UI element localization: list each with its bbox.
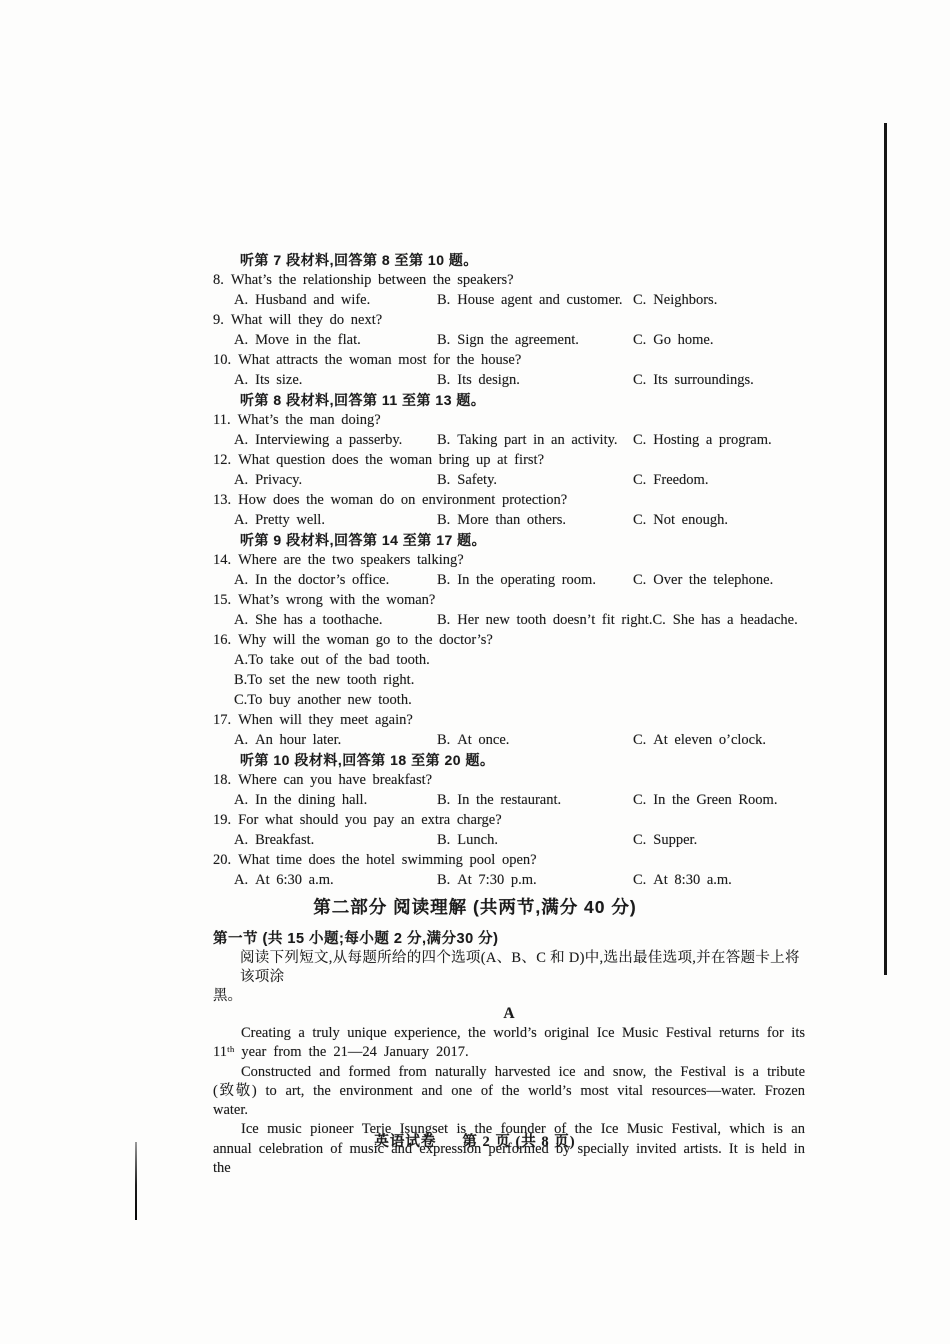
question-line: 20. What time does the hotel swimming po… <box>213 850 807 870</box>
question-text: Where are the two speakers talking? <box>238 550 464 570</box>
option-label: C. <box>652 610 665 630</box>
footer-doc-title: 英语试卷 <box>374 1134 436 1150</box>
question-block: 17. When will they meet again? A.An hour… <box>213 710 807 750</box>
question-line: 17. When will they meet again? <box>213 710 807 730</box>
option-B: B.To set the new tooth right. <box>213 670 807 690</box>
question-number: 9. <box>213 310 224 330</box>
section1-instructions-line1: 阅读下列短文,从每题所给的四个选项(A、B、C 和 D)中,选出最佳选项,并在答… <box>213 949 805 987</box>
option-A: A.Interviewing a passerby. <box>234 430 437 450</box>
options-row: A.At 6:30 a.m.B.At 7:30 p.m.C.At 8:30 a.… <box>213 870 807 890</box>
option-A: A.An hour later. <box>234 730 437 750</box>
option-label: A. <box>234 290 248 310</box>
option-A: A.Breakfast. <box>234 830 437 850</box>
option-label: A. <box>234 430 248 450</box>
option-text: In the restaurant. <box>457 790 561 810</box>
option-text: She has a headache. <box>673 610 798 630</box>
part2-header: 第二部分 阅读理解 (共两节,满分 40 分) <box>0 894 950 919</box>
option-C: C.Not enough. <box>633 510 807 530</box>
option-text: Move in the flat. <box>255 330 361 350</box>
question-number: 16. <box>213 630 231 650</box>
option-A: A.In the doctor’s office. <box>234 570 437 590</box>
option-label: A. <box>234 790 248 810</box>
option-text: At eleven o’clock. <box>653 730 766 750</box>
option-label: B. <box>234 670 247 690</box>
option-B: B.At 7:30 p.m. <box>437 870 633 890</box>
option-B: B.In the restaurant. <box>437 790 633 810</box>
question-line: 16. Why will the woman go to the doctor’… <box>213 630 807 650</box>
question-number: 8. <box>213 270 224 290</box>
question-text: What’s the relationship between the spea… <box>231 270 514 290</box>
options-row: A.She has a toothache.B.Her new tooth do… <box>213 610 807 630</box>
question-text: Why will the woman go to the doctor’s? <box>238 630 493 650</box>
scan-edge-line-right <box>884 123 887 975</box>
option-text: Pretty well. <box>255 510 325 530</box>
option-C: C.At 8:30 a.m. <box>633 870 807 890</box>
question-line: 14. Where are the two speakers talking? <box>213 550 807 570</box>
option-label: C. <box>633 430 646 450</box>
option-C: C.She has a headache. <box>652 610 807 630</box>
material-instruction: 听第 9 段材料,回答第 14 至第 17 题。 <box>213 530 807 550</box>
option-text: At 6:30 a.m. <box>255 870 334 890</box>
option-text: House agent and customer. <box>457 290 622 310</box>
option-label: B. <box>437 790 450 810</box>
option-label: C. <box>633 510 646 530</box>
option-text: More than others. <box>457 510 566 530</box>
option-B: B.More than others. <box>437 510 633 530</box>
options-row: A.Move in the flat.B.Sign the agreement.… <box>213 330 807 350</box>
option-A: A.Privacy. <box>234 470 437 490</box>
option-A: A.To take out of the bad tooth. <box>213 650 807 670</box>
option-text: At 7:30 p.m. <box>457 870 536 890</box>
option-text: Sign the agreement. <box>457 330 579 350</box>
option-label: A. <box>234 610 248 630</box>
footer-page-number: 第 2 页 (共 8 页) <box>462 1134 575 1150</box>
question-text: What time does the hotel swimming pool o… <box>238 850 536 870</box>
option-C: C.Supper. <box>633 830 807 850</box>
passage-a: Creating a truly unique experience, the … <box>213 1024 805 1178</box>
option-label: C. <box>633 790 646 810</box>
option-text: Go home. <box>653 330 713 350</box>
options-row: A.Husband and wife.B.House agent and cus… <box>213 290 807 310</box>
option-C: C.Its surroundings. <box>633 370 807 390</box>
material-instruction: 听第 7 段材料,回答第 8 至第 10 题。 <box>213 250 807 270</box>
question-block: 18. Where can you have breakfast? A.In t… <box>213 770 807 810</box>
question-line: 9. What will they do next? <box>213 310 807 330</box>
option-text: Neighbors. <box>653 290 717 310</box>
question-block: 13. How does the woman do on environment… <box>213 490 807 530</box>
option-label: B. <box>437 570 450 590</box>
question-block: 15. What’s wrong with the woman? A.She h… <box>213 590 807 630</box>
option-text: Freedom. <box>653 470 708 490</box>
option-label: A. <box>234 650 248 670</box>
option-B: B.In the operating room. <box>437 570 633 590</box>
option-C: C.At eleven o’clock. <box>633 730 807 750</box>
option-text: In the dining hall. <box>255 790 367 810</box>
options-row: A.Privacy.B.Safety.C.Freedom. <box>213 470 807 490</box>
option-B: B.Sign the agreement. <box>437 330 633 350</box>
question-text: How does the woman do on environment pro… <box>238 490 567 510</box>
option-A: A.Its size. <box>234 370 437 390</box>
option-text: Over the telephone. <box>653 570 773 590</box>
option-text: In the Green Room. <box>653 790 777 810</box>
option-label: A. <box>234 510 248 530</box>
option-label: A. <box>234 470 248 490</box>
option-C: C.Over the telephone. <box>633 570 807 590</box>
option-label: A. <box>234 370 248 390</box>
question-text: What’s wrong with the woman? <box>238 590 435 610</box>
question-block: 12. What question does the woman bring u… <box>213 450 807 490</box>
option-label: C. <box>633 870 646 890</box>
option-label: C. <box>633 370 646 390</box>
option-text: Its surroundings. <box>653 370 753 390</box>
passage-paragraph: Creating a truly unique experience, the … <box>213 1024 805 1063</box>
option-label: C. <box>633 330 646 350</box>
options-row: A.Pretty well.B.More than others.C.Not e… <box>213 510 807 530</box>
options-row: A.An hour later.B.At once.C.At eleven o’… <box>213 730 807 750</box>
question-number: 10. <box>213 350 231 370</box>
question-line: 15. What’s wrong with the woman? <box>213 590 807 610</box>
option-text: Not enough. <box>653 510 728 530</box>
question-block: 19. For what should you pay an extra cha… <box>213 810 807 850</box>
option-text: She has a toothache. <box>255 610 382 630</box>
option-label: A. <box>234 570 248 590</box>
option-label: B. <box>437 330 450 350</box>
option-text: Safety. <box>457 470 497 490</box>
option-label: C. <box>633 830 646 850</box>
option-C: C.Neighbors. <box>633 290 807 310</box>
option-text: Breakfast. <box>255 830 314 850</box>
option-A: A.Pretty well. <box>234 510 437 530</box>
option-A: A.Husband and wife. <box>234 290 437 310</box>
material-instruction: 听第 10 段材料,回答第 18 至第 20 题。 <box>213 750 807 770</box>
option-label: B. <box>437 430 450 450</box>
option-label: B. <box>437 870 450 890</box>
option-label: C. <box>234 690 247 710</box>
question-block: 20. What time does the hotel swimming po… <box>213 850 807 890</box>
question-number: 12. <box>213 450 231 470</box>
options-row: A.Breakfast.B.Lunch.C.Supper. <box>213 830 807 850</box>
option-B: B.Lunch. <box>437 830 633 850</box>
option-label: A. <box>234 330 248 350</box>
question-block: 14. Where are the two speakers talking? … <box>213 550 807 590</box>
material-instruction: 听第 8 段材料,回答第 11 至第 13 题。 <box>213 390 807 410</box>
option-B: B.At once. <box>437 730 633 750</box>
section1-header: 第一节 (共 15 小题;每小题 2 分,满分30 分) <box>213 929 805 949</box>
option-text: Privacy. <box>255 470 302 490</box>
option-B: B.Safety. <box>437 470 633 490</box>
question-number: 11. <box>213 410 231 430</box>
option-text: Interviewing a passerby. <box>255 430 402 450</box>
option-C: C.Hosting a program. <box>633 430 807 450</box>
option-label: B. <box>437 510 450 530</box>
question-number: 14. <box>213 550 231 570</box>
option-C: C.In the Green Room. <box>633 790 807 810</box>
option-A: A.Move in the flat. <box>234 330 437 350</box>
question-block: 10. What attracts the woman most for the… <box>213 350 807 390</box>
option-A: A.She has a toothache. <box>234 610 437 630</box>
option-B: B.Her new tooth doesn’t fit right. <box>437 610 652 630</box>
question-number: 17. <box>213 710 231 730</box>
option-label: A. <box>234 830 248 850</box>
question-number: 19. <box>213 810 231 830</box>
option-label: B. <box>437 290 450 310</box>
question-line: 13. How does the woman do on environment… <box>213 490 807 510</box>
option-text: To take out of the bad tooth. <box>248 650 430 670</box>
page-footer: 英语试卷第 2 页 (共 8 页) <box>0 1130 950 1151</box>
option-label: A. <box>234 870 248 890</box>
question-text: For what should you pay an extra charge? <box>238 810 502 830</box>
option-label: C. <box>633 470 646 490</box>
passage-label: A <box>213 1006 805 1021</box>
question-text: What will they do next? <box>231 310 382 330</box>
option-B: B.Its design. <box>437 370 633 390</box>
option-label: B. <box>437 470 450 490</box>
question-block: 16. Why will the woman go to the doctor’… <box>213 630 807 710</box>
question-line: 18. Where can you have breakfast? <box>213 770 807 790</box>
question-text: When will they meet again? <box>238 710 413 730</box>
options-row: A.In the dining hall.B.In the restaurant… <box>213 790 807 810</box>
question-text: Where can you have breakfast? <box>238 770 432 790</box>
option-B: B.Taking part in an activity. <box>437 430 633 450</box>
option-text: An hour later. <box>255 730 341 750</box>
option-text: In the operating room. <box>457 570 596 590</box>
option-text: To buy another new tooth. <box>247 690 411 710</box>
option-C: C.To buy another new tooth. <box>213 690 807 710</box>
option-label: B. <box>437 610 450 630</box>
option-A: A.In the dining hall. <box>234 790 437 810</box>
option-label: C. <box>633 730 646 750</box>
question-block: 9. What will they do next? A.Move in the… <box>213 310 807 350</box>
option-label: B. <box>437 730 450 750</box>
option-A: A.At 6:30 a.m. <box>234 870 437 890</box>
question-block: 11. What’s the man doing? A.Interviewing… <box>213 410 807 450</box>
option-text: Its size. <box>255 370 302 390</box>
question-line: 11. What’s the man doing? <box>213 410 807 430</box>
option-text: Taking part in an activity. <box>457 430 617 450</box>
passage-paragraph: Constructed and formed from naturally ha… <box>213 1063 805 1121</box>
option-label: B. <box>437 370 450 390</box>
option-label: C. <box>633 290 646 310</box>
options-row: A.In the doctor’s office.B.In the operat… <box>213 570 807 590</box>
question-text: What attracts the woman most for the hou… <box>238 350 521 370</box>
question-text: What’s the man doing? <box>238 410 381 430</box>
question-number: 18. <box>213 770 231 790</box>
question-number: 20. <box>213 850 231 870</box>
question-number: 15. <box>213 590 231 610</box>
option-text: To set the new tooth right. <box>247 670 414 690</box>
option-text: At once. <box>457 730 509 750</box>
scan-line-bottom-left <box>135 1142 137 1220</box>
options-row: A.Interviewing a passerby.B.Taking part … <box>213 430 807 450</box>
question-text: What question does the woman bring up at… <box>238 450 544 470</box>
option-C: C.Go home. <box>633 330 807 350</box>
option-C: C.Freedom. <box>633 470 807 490</box>
option-label: A. <box>234 730 248 750</box>
option-B: B.House agent and customer. <box>437 290 633 310</box>
option-label: B. <box>437 830 450 850</box>
question-line: 10. What attracts the woman most for the… <box>213 350 807 370</box>
question-line: 12. What question does the woman bring u… <box>213 450 807 470</box>
option-text: Its design. <box>457 370 520 390</box>
options-row: A.Its size.B.Its design.C.Its surroundin… <box>213 370 807 390</box>
option-text: Supper. <box>653 830 697 850</box>
question-number: 13. <box>213 490 231 510</box>
section1-instructions-line2: 黑。 <box>213 987 805 1005</box>
option-text: At 8:30 a.m. <box>653 870 732 890</box>
option-text: Lunch. <box>457 830 498 850</box>
option-label: C. <box>633 570 646 590</box>
option-text: Husband and wife. <box>255 290 370 310</box>
question-block: 8. What’s the relationship between the s… <box>213 270 807 310</box>
question-line: 8. What’s the relationship between the s… <box>213 270 807 290</box>
listening-section: 听第 7 段材料,回答第 8 至第 10 题。 8. What’s the re… <box>213 250 807 890</box>
question-line: 19. For what should you pay an extra cha… <box>213 810 807 830</box>
option-text: Her new tooth doesn’t fit right. <box>457 610 652 630</box>
option-text: In the doctor’s office. <box>255 570 389 590</box>
option-text: Hosting a program. <box>653 430 771 450</box>
